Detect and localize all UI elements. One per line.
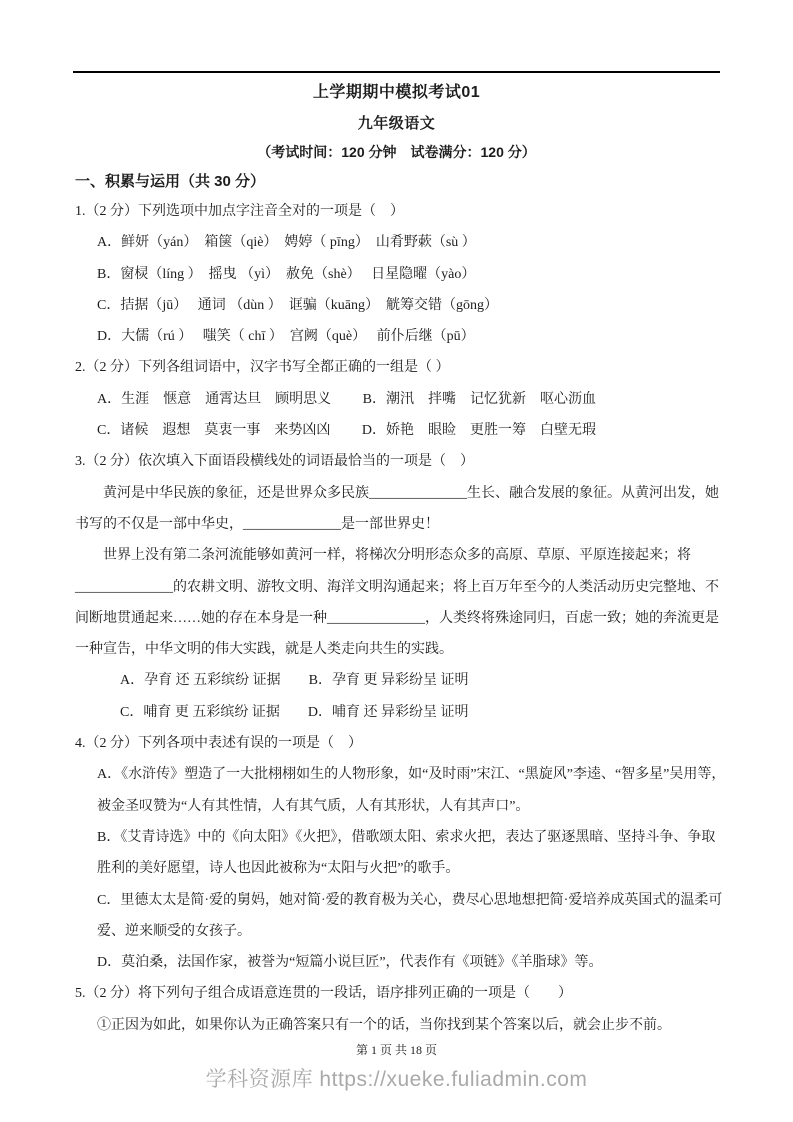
q3-passage-line: 间断地贯通起来……她的存在本身是一种______________，人类终将殊途同… xyxy=(75,603,723,634)
q1-option-a: A．鲜妍（yán） 箱箧（qiè） 娉婷（ pīng） 山肴野蔌（sù ） xyxy=(75,227,723,258)
q5-sentence-1: ①正因为如此，如果你认为正确答案只有一个的话，当你找到某个答案以后，就会止步不前… xyxy=(75,1010,723,1041)
q3-passage-line: ______________的农耕文明、游牧文明、海洋文明沟通起来；将上百万年至… xyxy=(75,572,723,603)
page-title: 上学期期中模拟考试01 xyxy=(0,79,793,102)
q5-stem: 5.（2 分）将下列句子组合成语意连贯的一段话，语序排列正确的一项是（ ） xyxy=(75,978,723,1009)
q2-stem: 2.（2 分）下列各组词语中，汉字书写全都正确的一组是（ ） xyxy=(75,352,723,383)
q3-options-cd: C．哺育 更 五彩缤纷 证据 D．哺育 还 异彩纷呈 证明 xyxy=(75,697,723,728)
q4-option-a: A．《水浒传》塑造了一大批栩栩如生的人物形象，如“及时雨”宋江、“黑旋风”李逵、… xyxy=(75,759,723,790)
q4-stem: 4.（2 分）下列各项中表述有误的一项是（ ） xyxy=(75,728,723,759)
q1-option-c: C．拮据（jū） 通词 （dùn ） 诓骗（kuāng） 觥筹交错（gōng） xyxy=(75,290,723,321)
q2-options-ab: A．生涯 惬意 通霄达旦 顾明思义 B．潮汛 拌嘴 记忆犹新 呕心沥血 xyxy=(75,384,723,415)
watermark-link: 学科资源库 https://xueke.fuliadmin.com xyxy=(0,1063,793,1093)
q1-option-b: B．窗棂（líng ） 摇曳 （yì） 赦免（shè） 日星隐曜（yào） xyxy=(75,259,723,290)
q3-options-ab: A．孕育 还 五彩缤纷 证据 B．孕育 更 异彩纷呈 证明 xyxy=(75,665,723,696)
q4-option-b: B．《艾青诗选》中的《向太阳》《火把》，借歌颂太阳、索求火把，表达了驱逐黑暗、坚… xyxy=(75,822,723,853)
q1-stem: 1.（2 分）下列选项中加点字注音全对的一项是（ ） xyxy=(75,196,723,227)
q3-passage-line: 黄河是中华民族的象征，还是世界众多民族______________生长、融合发展… xyxy=(75,478,723,509)
exam-page: 上学期期中模拟考试01 九年级语文 （考试时间：120 分钟 试卷满分：120 … xyxy=(0,0,793,1122)
q4-option-b-cont: 胜利的美好愿望，诗人也因此被称为“太阳与火把”的歌手。 xyxy=(75,853,723,884)
q3-passage-line: 一种宣告，中华文明的伟大实践，就是人类走向共生的实践。 xyxy=(75,634,723,665)
q4-option-d: D．莫泊桑，法国作家，被誉为“短篇小说巨匠”，代表作有《项链》《羊脂球》等。 xyxy=(75,947,723,978)
q3-passage-line: 书写的不仅是一部中华史，______________是一部世界史！ xyxy=(75,509,723,540)
q3-stem: 3.（2 分）依次填入下面语段横线处的词语最恰当的一项是（ ） xyxy=(75,446,723,477)
section-heading: 一、积累与运用（共 30 分） xyxy=(75,170,265,191)
question-body: 1.（2 分）下列选项中加点字注音全对的一项是（ ） A．鲜妍（yán） 箱箧（… xyxy=(75,196,723,1041)
q1-option-d: D．大儒（rú ） 嗤笑（ chī ） 宫阙（què） 前仆后继（pū） xyxy=(75,321,723,352)
exam-subject: 九年级语文 xyxy=(0,112,793,133)
q4-option-a-cont: 被金圣叹赞为“人有其性情，人有其气质，人有其形状，人有其声口”。 xyxy=(75,791,723,822)
q2-options-cd: C．诸候 遐想 莫衷一事 来势凶凶 D．娇艳 眼睑 更胜一筹 白壁无瑕 xyxy=(75,415,723,446)
q3-passage-line: 世界上没有第二条河流能够如黄河一样，将梯次分明形态众多的高原、草原、平原连接起来… xyxy=(75,540,723,571)
header-rule xyxy=(73,71,720,73)
exam-meta: （考试时间：120 分钟 试卷满分：120 分） xyxy=(0,142,793,162)
q4-option-c-cont: 爱、逆来顺受的女孩子。 xyxy=(75,916,723,947)
page-indicator: 第 1 页 共 18 页 xyxy=(0,1041,793,1058)
q4-option-c: C．里德太太是简·爱的舅妈，她对简·爱的教育极为关心，费尽心思地想把简·爱培养成… xyxy=(75,885,723,916)
